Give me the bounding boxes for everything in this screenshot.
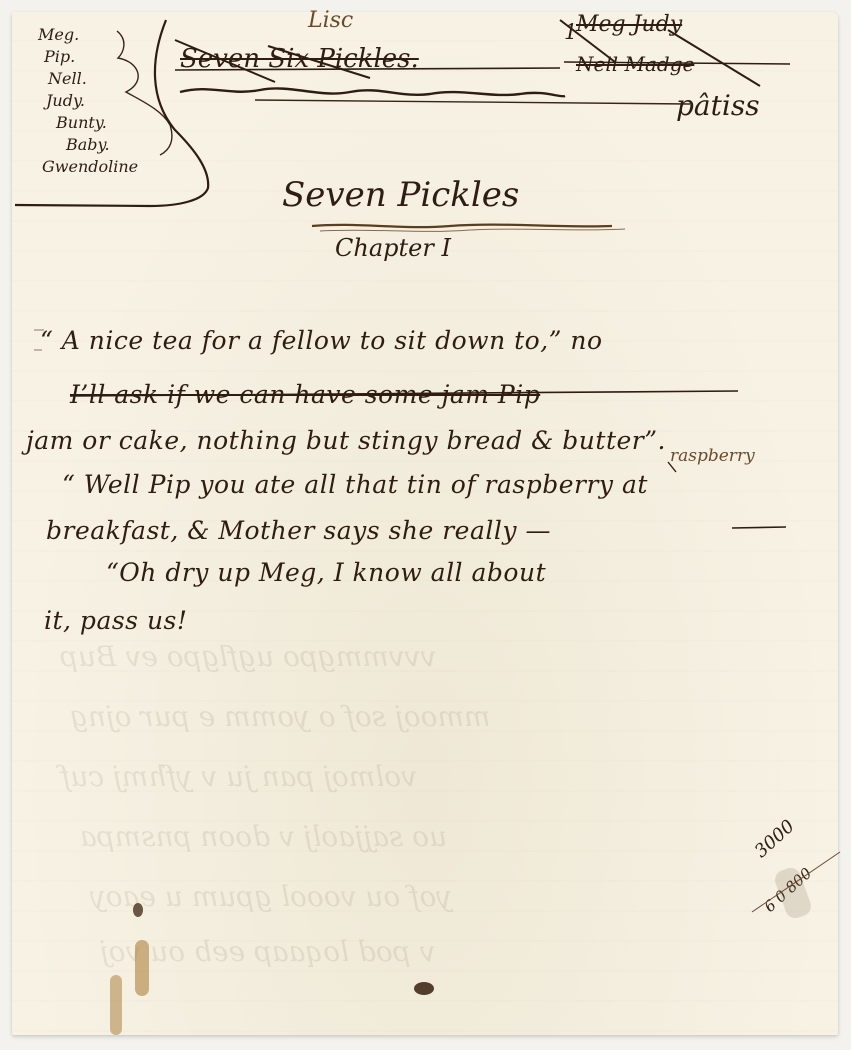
bleed-through-text: vvvmmgpo ugflgpo ev Bup	[60, 640, 436, 673]
bleed-through-text: v pod loqaap eeb ou voj	[100, 935, 435, 968]
body-line: it, pass us!	[44, 608, 187, 633]
body-line-struck: I’ll ask if we can have some jam Pip	[70, 382, 540, 407]
struck-title: Seven Six Pickles.	[180, 46, 419, 72]
margin-name-list: Meg. Pip. Nell. Judy. Bunty. Baby. Gwend…	[38, 24, 138, 178]
ink-blot	[414, 982, 434, 995]
body-line: jam or cake, nothing but stingy bread & …	[26, 428, 666, 453]
margin-name: Meg.	[38, 24, 138, 46]
margin-name: Baby.	[38, 134, 138, 156]
water-stain	[135, 940, 149, 996]
water-stain	[110, 975, 122, 1035]
insertion-word: raspberry	[670, 448, 755, 465]
margin-name: Nell.	[38, 68, 138, 90]
margin-name: Judy.	[38, 90, 138, 112]
inserted-word: Lisc	[308, 10, 353, 32]
chapter-heading: Chapter I	[335, 236, 451, 260]
page-title: Seven Pickles	[282, 178, 519, 212]
ink-blot	[133, 903, 143, 917]
struck-names-top: Meg Judy	[576, 14, 682, 36]
bleed-through-text: uo sajjaolj v doon pnsmpa	[80, 820, 447, 853]
bleed-through-text: yof ou voool gpum u eaoy	[90, 880, 452, 913]
right-word: pâtiss	[676, 92, 760, 120]
bleed-through-text: volmoj pan ju v yfhmj cuf	[60, 760, 417, 793]
struck-names-bottom: Nell Madge	[576, 54, 694, 74]
margin-name: Bunty.	[38, 112, 138, 134]
margin-name: Pip.	[38, 46, 138, 68]
bleed-through-text: mmooj sof o yomm e pur ojng	[70, 700, 491, 733]
body-line: “ A nice tea for a fellow to sit down to…	[40, 328, 603, 353]
body-line: breakfast, & Mother says she really —	[46, 518, 551, 543]
body-line: “Oh dry up Meg, I know all about	[106, 560, 546, 585]
body-line: “ Well Pip you ate all that tin of raspb…	[62, 472, 648, 497]
margin-name: Gwendoline	[38, 156, 138, 178]
scan-background: vvvmmgpo ugflgpo ev Bup mmooj sof o yomm…	[0, 0, 851, 1050]
